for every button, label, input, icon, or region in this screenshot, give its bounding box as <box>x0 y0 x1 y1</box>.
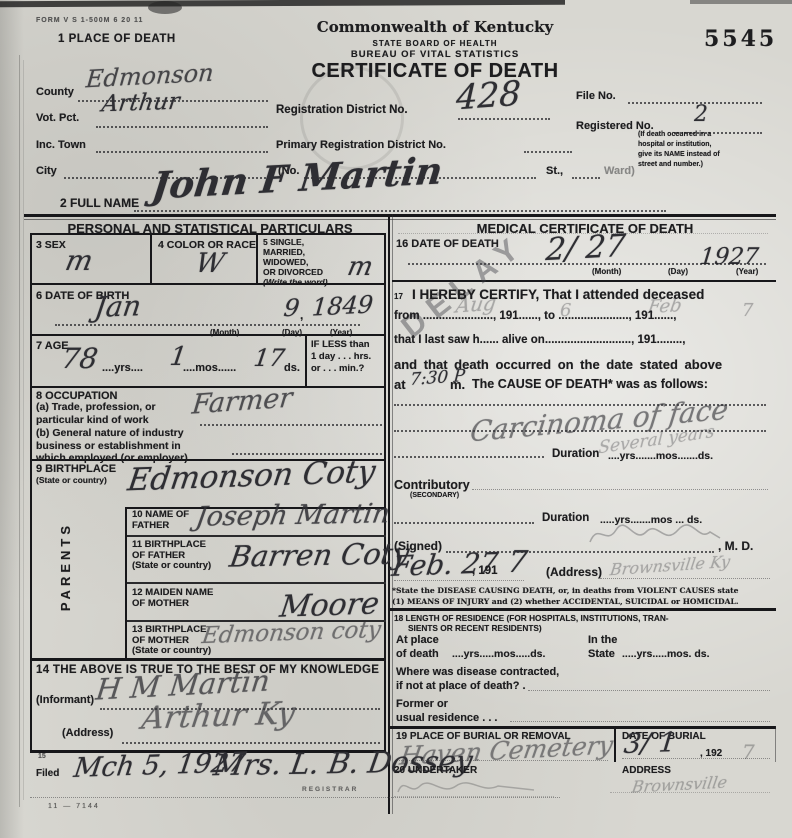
last-saw-line: that I last saw h...... alive on........… <box>394 334 685 346</box>
ward-label: Ward) <box>604 165 635 177</box>
scan-smudge-top-right <box>690 0 792 4</box>
contributory-label: Contributory <box>394 478 470 492</box>
physician-address-value: Brownsville Ky <box>609 552 732 580</box>
file-no-label: File No. <box>576 90 616 102</box>
former-l1: Former or <box>396 698 448 710</box>
physician-address-label: (Address) <box>546 565 602 579</box>
state-board-label: STATE BOARD OF HEALTH <box>300 39 570 48</box>
sign-date-year-value: 7 <box>506 545 530 580</box>
contracted-l1: Where was disease contracted, <box>396 666 559 678</box>
vot-pct-label: Vot. Pct. <box>36 112 79 124</box>
sex-cell-divider-1 <box>150 233 152 285</box>
mother-name-l1: 12 MAIDEN NAME <box>132 587 213 598</box>
residence-l2: SIENTS OR RECENT RESIDENTS) <box>394 623 542 633</box>
footnote-l1: *State the DISEASE CAUSING DEATH, or, in… <box>392 586 739 595</box>
burial-date-year-value: 7 <box>742 740 755 764</box>
occ-a-l2: particular kind of work <box>36 414 149 426</box>
mother-maiden-label: 12 MAIDEN NAME OF MOTHER <box>132 588 242 609</box>
marital-label: 5 SINGLE, MARRIED, WIDOWED, OR DIVORCED … <box>263 237 349 287</box>
occupation-value: Farmer <box>190 382 293 420</box>
print-code: 11 — 7144 <box>48 803 100 810</box>
undertaker-line <box>394 796 554 797</box>
scan-smudge-top-blob <box>148 1 182 14</box>
father-name-l2: FATHER <box>132 520 169 531</box>
vot-pct-line <box>96 126 268 128</box>
filed-label: Filed <box>36 768 59 779</box>
dob-day-value: 9 <box>282 294 301 322</box>
duration2-lead-line <box>394 522 534 524</box>
mother-bp-l2: OF MOTHER <box>132 635 189 646</box>
header-rule-thin <box>24 219 776 220</box>
father-bp-l2: OF FATHER <box>132 550 185 561</box>
dod-year-caption: (Year) <box>736 267 758 276</box>
at-place-l1: At place <box>396 634 439 646</box>
undertaker-address-label: ADDRESS <box>622 765 671 776</box>
certificate-title: CERTIFICATE OF DEATH <box>285 60 585 83</box>
at-place-l2: of death <box>396 648 439 660</box>
certify-number: 17 <box>394 292 403 301</box>
contributory-line <box>472 489 768 490</box>
burial-date-value: 3/ 1 <box>622 727 677 760</box>
meridiem-label: m. <box>450 377 465 392</box>
occ-b-l1: (b) General nature of industry <box>36 427 184 439</box>
certificate-number: 5545 <box>704 26 777 52</box>
age-units-ds: ds. <box>284 362 300 374</box>
duration-label: Duration <box>552 448 599 460</box>
sex-label: 3 SEX <box>36 239 66 251</box>
informant-address-label: (Address) <box>62 727 113 739</box>
dod-month-caption: (Month) <box>592 267 621 276</box>
full-name-value: John F Martin <box>149 148 445 208</box>
hospital-note-line4: street and number.) <box>638 161 703 168</box>
attended-from-year-hand: 6 <box>560 300 571 321</box>
cause-footnote: *State the DISEASE CAUSING DEATH, or, in… <box>392 586 778 607</box>
undertaker-address-line <box>610 792 770 793</box>
hospital-note: (If death occurred in a hospital or inst… <box>638 130 778 170</box>
father-bp-l1: 11 BIRTHPLACE <box>132 539 206 550</box>
birthplace-note: (State or country) <box>36 475 107 485</box>
father-birthplace-label: 11 BIRTHPLACE OF FATHER (State or countr… <box>132 540 227 572</box>
if-less-l1: IF LESS than <box>311 339 370 350</box>
contracted-label: Where was disease contracted, if not at … <box>396 666 646 693</box>
occupation-a-label: (a) Trade, profession, or particular kin… <box>36 401 206 426</box>
cause-line-3 <box>394 456 544 458</box>
place-of-death-label: 1 PLACE OF DEATH <box>58 33 176 45</box>
at-label: at <box>394 377 406 392</box>
registration-district-value: 428 <box>455 74 521 119</box>
parents-section-label: PARENTS <box>58 522 73 611</box>
occupation-a-line <box>200 424 382 426</box>
at-place-label: At place of death <box>396 634 456 661</box>
attended-line: from ......................, 191......, … <box>394 310 676 322</box>
rule-sex-top <box>30 233 386 235</box>
age-years-value: 78 <box>60 342 100 375</box>
former-residence-line <box>510 721 770 722</box>
father-bp-l3: (State or country) <box>132 560 211 571</box>
dob-year-caption: (Year) <box>330 328 352 337</box>
registrar-label: REGISTRAR <box>302 786 358 793</box>
binding-fold-line-2 <box>23 60 24 800</box>
occ-a-l1: (a) Trade, profession, or <box>36 401 156 413</box>
md-label: , M. D. <box>718 539 753 553</box>
residence-top-rule <box>390 608 776 611</box>
sex-value: m <box>62 244 96 277</box>
hospital-note-line1: (If death occurred in a <box>638 131 711 138</box>
contracted-l2: if not at place of death? . <box>396 680 526 692</box>
county-value: Edmonson <box>85 59 215 94</box>
left-box-right-border <box>384 233 386 750</box>
birthplace-value: Edmonson Coty <box>126 454 378 499</box>
burial-place-line <box>396 760 608 761</box>
marital-l5: (Write the word) <box>263 277 328 287</box>
marital-l3: WIDOWED, <box>263 257 308 267</box>
duration2-label: Duration <box>542 512 589 524</box>
secondary-note: (SECONDARY) <box>410 492 459 499</box>
rule-parents-bottom <box>30 658 386 661</box>
in-state-units: .....yrs.....mos. ds. <box>622 648 710 660</box>
full-name-label: 2 FULL NAME <box>60 196 139 210</box>
dob-month-value: Jan <box>93 289 144 324</box>
attended-to-year-hand: 7 <box>742 300 753 321</box>
dob-month-caption: (Month) <box>210 328 239 337</box>
county-label: County <box>36 86 74 98</box>
former-l2: usual residence . . . <box>396 712 498 724</box>
inc-town-label: Inc. Town <box>36 139 86 151</box>
sign-date-line <box>394 580 524 581</box>
dob-day-caption: (Day) <box>282 328 302 337</box>
burial-top-rule <box>390 726 776 729</box>
age-cell-divider <box>305 334 307 388</box>
vot-pct-value: Arthur <box>100 89 181 118</box>
marital-l2: MARRIED, <box>263 247 305 257</box>
father-name-value: Joseph Martin <box>194 498 393 532</box>
cause-intro: The CAUSE OF DEATH* was as follows: <box>472 377 708 391</box>
attended-from-hand: Aug <box>454 290 497 317</box>
burial-date-line <box>622 758 770 759</box>
if-less-l2: 1 day . . . hrs. <box>311 351 371 362</box>
hospital-note-line3: give its NAME instead of <box>638 151 720 158</box>
footnote-l2: (1) MEANS OF INJURY and (2) whether ACCI… <box>392 597 739 606</box>
registered-no-value: 2 <box>694 102 708 127</box>
mother-birthplace-value: Edmonson coty <box>200 617 382 649</box>
street-label: St., <box>546 165 563 177</box>
burial-right-border <box>775 726 776 762</box>
informant-label: (Informant) <box>36 694 94 706</box>
if-less-l3: or . . . min.? <box>311 363 364 374</box>
if-less-label: IF LESS than 1 day . . . hrs. or . . . m… <box>311 339 383 375</box>
inc-town-line <box>96 151 268 153</box>
residence-label: 18 LENGTH OF RESIDENCE (FOR HOSPITALS, I… <box>394 613 778 633</box>
residence-l1: 18 LENGTH OF RESIDENCE (FOR HOSPITALS, I… <box>394 613 669 623</box>
attended-to-hand: Feb <box>646 295 683 318</box>
mother-bp-l1: 13 BIRTHPLACE <box>132 624 206 635</box>
binding-fold-line <box>19 55 20 807</box>
in-state-l2: State <box>588 648 615 660</box>
age-days-value: 17 <box>252 344 286 372</box>
column-divider-2 <box>392 214 393 814</box>
informant-address-line <box>122 742 380 744</box>
sign-date-printed: , 191 <box>472 565 498 577</box>
in-state-l1: In the <box>588 634 617 646</box>
dob-line <box>55 324 360 326</box>
full-name-line <box>134 210 666 212</box>
dob-separator: , <box>300 308 303 322</box>
street-line <box>572 177 600 179</box>
header-rule-heavy <box>24 214 776 217</box>
mother-name-l2: OF MOTHER <box>132 598 189 609</box>
registration-district-line <box>458 118 550 120</box>
sex-cell-divider-2 <box>256 233 258 285</box>
race-value: W <box>193 248 227 279</box>
parents-inner-vertical <box>125 507 127 658</box>
birthplace-label: 9 BIRTHPLACE <box>36 463 116 475</box>
marital-l1: 5 SINGLE, <box>263 237 304 247</box>
physician-signature-scribble <box>588 520 723 550</box>
father-birthplace-value: Barren Coty <box>227 536 411 573</box>
commonwealth-title: Commonwealth of Kentucky <box>300 18 570 36</box>
death-certificate-scan: FORM V S 1-500M 6 20 11 1 PLACE OF DEATH… <box>0 0 792 838</box>
left-box-left-border <box>30 233 32 750</box>
mother-bp-l3: (State or country) <box>132 645 211 656</box>
father-name-l1: 10 NAME OF <box>132 509 189 520</box>
dob-year-value: 1849 <box>311 290 374 321</box>
rule-fatherbp-bottom <box>125 582 386 584</box>
age-units-mos: ....mos...... <box>183 362 236 374</box>
at-place-units: ....yrs.....mos.....ds. <box>452 648 545 660</box>
marital-value: m <box>345 252 376 282</box>
bureau-label: BUREAU OF VITAL STATISTICS <box>300 49 570 60</box>
age-units-yrs: ....yrs.... <box>102 362 143 374</box>
contracted-line <box>528 690 770 691</box>
hospital-note-line2: hospital or institution, <box>638 141 712 148</box>
form-code: FORM V S 1-500M 6 20 11 <box>36 17 143 24</box>
dod-day-caption: (Day) <box>668 267 688 276</box>
primary-reg-line <box>524 151 572 153</box>
filed-number: 15 <box>38 753 46 760</box>
informant-address-value: Arthur Ky <box>140 695 298 737</box>
registration-district-label: Registration District No. <box>276 104 408 116</box>
marital-l4: OR DIVORCED <box>263 267 323 277</box>
physician-address-line <box>600 578 770 579</box>
occ-b-l2: business or establishment in <box>36 440 181 452</box>
scan-smudge-top <box>0 0 565 7</box>
city-label: City <box>36 165 57 177</box>
